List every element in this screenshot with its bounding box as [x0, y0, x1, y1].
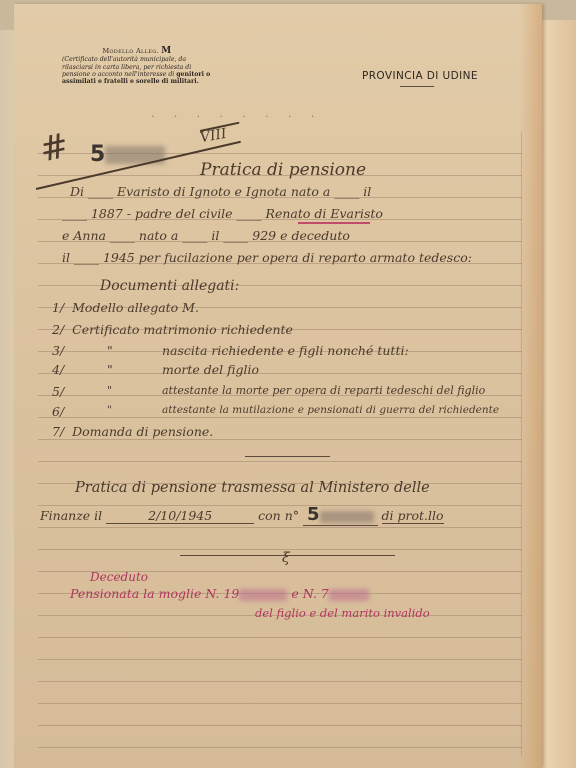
section-divider — [245, 456, 330, 457]
red-note-deceased: Deceduto — [90, 570, 148, 584]
intro-line-3: e Anna ____ nato a ____ il ____ 929 e de… — [62, 228, 350, 243]
intro-line-2: ____ 1887 - padre del civile ____ Renato… — [62, 206, 383, 221]
red-note-line-2: Pensionata la moglie N. 19 e N. 7 — [70, 586, 369, 601]
document-item: 2/ Certificato matrimonio richiedente — [52, 322, 293, 337]
red-note-line-3: del figlio e del marito invalido — [255, 606, 430, 620]
documents-heading: Documenti allegati: — [100, 278, 239, 294]
model-label: Modello Alleg. M — [62, 48, 212, 55]
province-underline — [400, 86, 434, 87]
transmission-date: 2/10/1945 — [106, 508, 254, 524]
document-title: Pratica di pensione — [200, 160, 366, 180]
province-heading: PROVINCIA DI UDINE — [362, 70, 478, 82]
reference-number: 5 — [90, 142, 165, 167]
document-item: 5/ " attestante la morte per opera di re… — [52, 384, 64, 399]
squiggle-mark: ξ — [282, 550, 290, 566]
model-description: (Certificato dell'autorità municipale, d… — [62, 56, 191, 78]
transmission-number: 5 — [303, 504, 378, 526]
margin-line — [521, 132, 522, 756]
intro-line-4: il ____ 1945 per fucilazione per opera d… — [62, 250, 472, 265]
transmission-line-1: Pratica di pensione trasmessa al Ministe… — [75, 480, 430, 496]
intro-line-1: Di ____ Evaristo di Ignoto e Ignota nato… — [70, 184, 371, 199]
document-item: 7/ Domanda di pensione. — [52, 424, 213, 439]
faint-dotted-line: . . . . . . . . — [150, 110, 321, 120]
printed-model-header: Modello Alleg. M (Certificato dell'autor… — [62, 48, 212, 85]
document-item: 4/ " morte del figlio — [52, 362, 64, 377]
document-item: 3/ " nascita richiedente e figli nonché … — [52, 343, 64, 358]
red-underline — [298, 222, 370, 224]
document-item: 1/ Modello allegato M. — [52, 300, 199, 315]
document-item: 6/ " attestante la mutilazione e pension… — [52, 404, 64, 419]
transmission-line-2: Finanze il 2/10/1945 con n° 5 di prot.ll… — [40, 504, 444, 526]
ruled-lines — [38, 132, 522, 756]
